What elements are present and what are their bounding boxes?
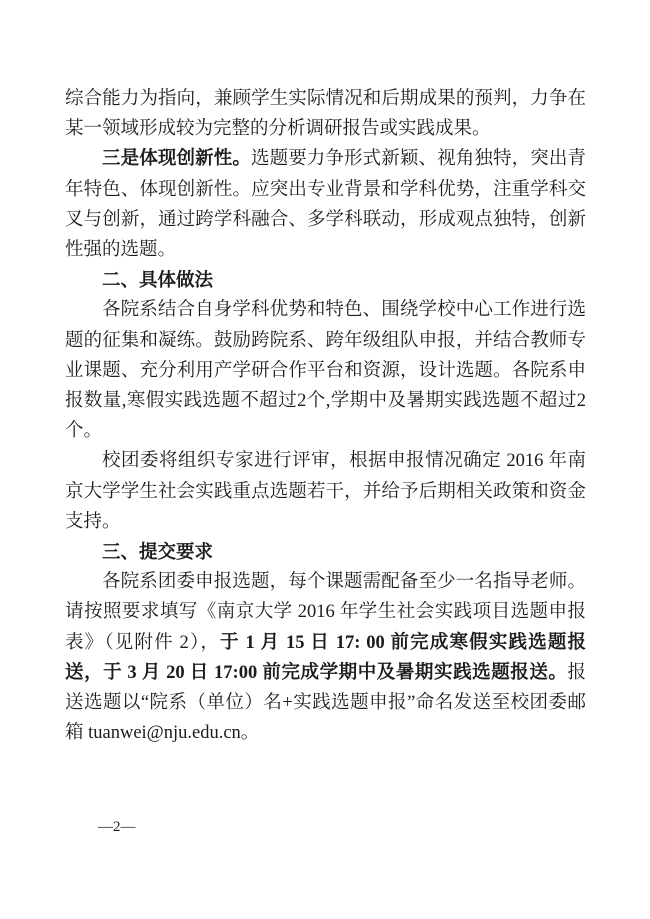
paragraph-innovation: 三是体现创新性。选题要力争形式新颖、视角独特，突出青年特色、体现创新性。应突出专… (65, 144, 586, 265)
paragraph-innovation-lead: 三是体现创新性。 (102, 149, 251, 169)
section-heading-submission-requirements: 三、提交要求 (65, 537, 586, 567)
paragraph-review: 校团委将组织专家进行评审，根据申报情况确定 2016 年南京大学学生社会实践重点… (65, 446, 586, 537)
document-body: 综合能力为指向，兼顾学生实际情况和后期成果的预判，力争在某一领域形成较为完整的分… (65, 84, 586, 748)
paragraph-submission: 各院系团委申报选题，每个课题需配备至少一名指导老师。请按照要求填写《南京大学 2… (65, 567, 586, 748)
paragraph-continuation: 综合能力为指向，兼顾学生实际情况和后期成果的预判，力争在某一领域形成较为完整的分… (65, 84, 586, 144)
section-heading-specific-measures: 二、具体做法 (65, 265, 586, 295)
page-number: —2— (98, 818, 136, 836)
paragraph-departments: 各院系结合自身学科优势和特色、围绕学校中心工作进行选题的征集和凝练。鼓励跨院系、… (65, 295, 586, 446)
document-page: 综合能力为指向，兼顾学生实际情况和后期成果的预判，力争在某一领域形成较为完整的分… (0, 0, 650, 919)
